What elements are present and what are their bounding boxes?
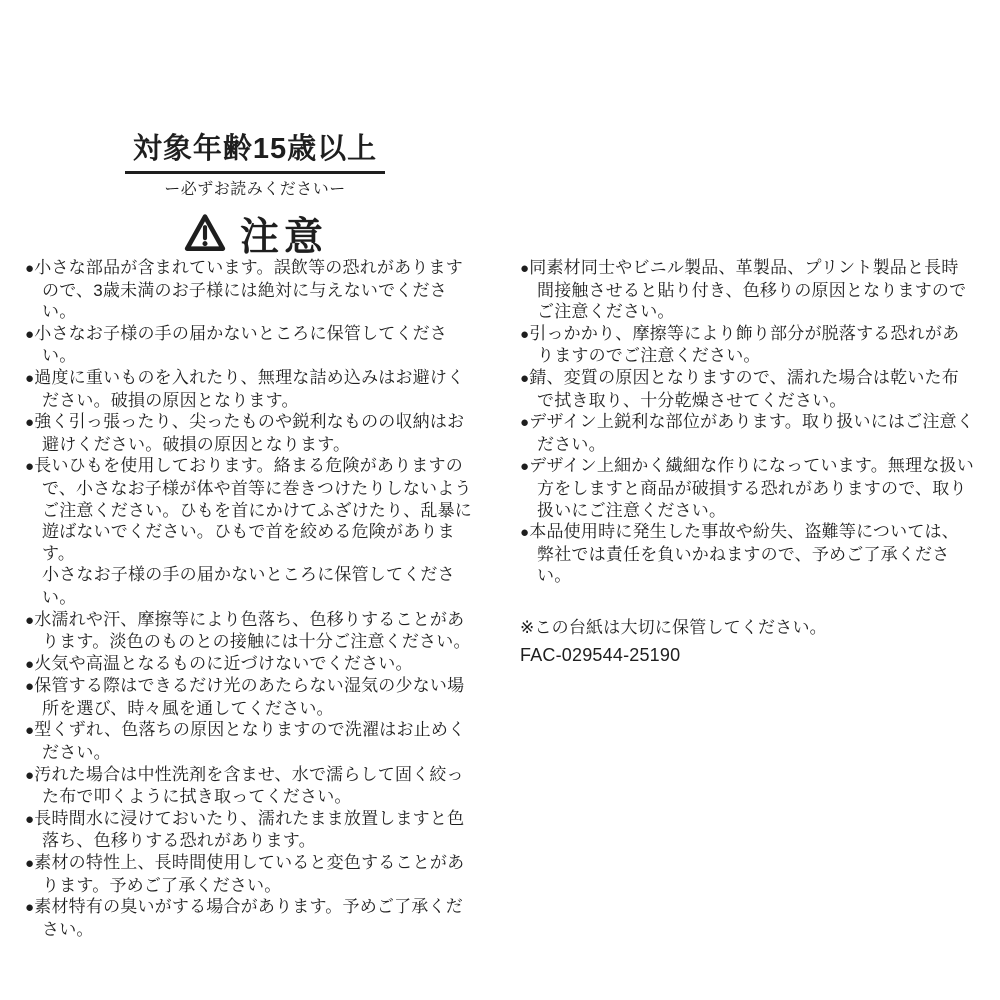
bullet-icon: ● [520,326,529,343]
bullet-icon: ● [25,855,34,872]
warning-text: 過度に重いものを入れたり、無理な詰め込みはお避けください。破損の原因となります。 [34,368,464,410]
header: 対象年齢15歳以上 ー必ずお読みくださいー 注意 [25,126,485,262]
warning-item: ●小さなお子様の手の届かないところに保管してください。 [25,323,480,367]
bullet-icon: ● [520,414,529,431]
warning-text: デザイン上鋭利な部位があります。取り扱いにはご注意ください。 [529,412,974,454]
warning-text: 火気や高温となるものに近づけないでください。 [34,654,412,673]
warning-item: ●保管する際はできるだけ光のあたらない湿気の少ない場所を選び、時々風を通してくだ… [25,675,480,719]
bullet-icon: ● [25,811,34,828]
bullet-icon: ● [25,458,34,475]
bullet-icon: ● [25,656,34,673]
warning-item: ●錆、変質の原因となりますので、濡れた場合は乾いた布で拭き取り、十分乾燥させてく… [520,367,975,411]
bullet-icon: ● [25,260,34,277]
warning-text: 型くずれ、色落ちの原因となりますので洗濯はお止めください。 [34,720,465,762]
warning-item: ●引っかかり、摩擦等により飾り部分が脱落する恐れがありますのでご注意ください。 [520,323,975,367]
warning-item: ●小さな部品が含まれています。誤飲等の恐れがありますので、3歳未満のお子様には絶… [25,257,480,323]
warning-text: 水濡れや汗、摩擦等により色落ち、色移りすることがあります。淡色のものとの接触には… [34,610,470,652]
warning-text: デザイン上細かく繊細な作りになっています。無理な扱い方をしますと商品が破損する恐… [529,456,974,519]
warning-item: ●汚れた場合は中性洗剤を含ませ、水で濡らして固く絞った布で叩くように拭き取ってく… [25,764,480,808]
warning-item: ●過度に重いものを入れたり、無理な詰め込みはお避けください。破損の原因となります… [25,367,480,411]
warning-text: 錆、変質の原因となりますので、濡れた場合は乾いた布で拭き取り、十分乾燥させてくだ… [529,368,959,410]
warnings-columns: ●小さな部品が含まれています。誤飲等の恐れがありますので、3歳未満のお子様には絶… [25,257,975,940]
bullet-icon: ● [25,414,34,431]
warning-item: ●デザイン上細かく繊細な作りになっています。無理な扱い方をしますと商品が破損する… [520,455,975,521]
warnings-column-right: ●同素材同士やビニル製品、革製品、プリント製品と長時間接触させると貼り付き、色移… [520,257,975,940]
warning-item: ●素材特有の臭いがする場合があります。予めご了承ください。 [25,896,480,940]
warning-text: 小さな部品が含まれています。誤飲等の恐れがありますので、3歳未満のお子様には絶対… [34,258,463,321]
keep-card-note: ※この台紙は大切に保管してください。 [520,615,975,641]
warning-text: 同素材同士やビニル製品、革製品、プリント製品と長時間接触させると貼り付き、色移り… [529,258,966,321]
warning-text: 引っかかり、摩擦等により飾り部分が脱落する恐れがありますのでご注意ください。 [529,324,959,366]
warning-item: ●本品使用時に発生した事故や紛失、盗難等については、弊社では責任を負いかねますの… [520,521,975,587]
warning-text: 小さなお子様の手の届かないところに保管してください。 [42,565,455,607]
bullet-icon: ● [520,260,529,277]
warning-item: 小さなお子様の手の届かないところに保管してください。 [25,564,480,608]
warning-text: 汚れた場合は中性洗剤を含ませ、水で濡らして固く絞った布で叩くように拭き取ってくだ… [34,765,464,807]
warning-text: 長いひもを使用しております。絡まる危険がありますので、小さなお子様が体や首等に巻… [34,456,472,562]
warning-item: ●素材の特性上、長時間使用していると変色することがあります。予めご了承ください。 [25,852,480,896]
warning-item: ●型くずれ、色落ちの原因となりますので洗濯はお止めください。 [25,719,480,763]
warning-text: 素材特有の臭いがする場合があります。予めご了承ください。 [34,897,463,939]
bullet-icon: ● [520,458,529,475]
warning-item: ●同素材同士やビニル製品、革製品、プリント製品と長時間接触させると貼り付き、色移… [520,257,975,323]
warnings-list-right: ●同素材同士やビニル製品、革製品、プリント製品と長時間接触させると貼り付き、色移… [520,257,975,587]
warnings-column-left: ●小さな部品が含まれています。誤飲等の恐れがありますので、3歳未満のお子様には絶… [25,257,480,940]
warning-item: ●長時間水に浸けておいたり、濡れたまま放置しますと色落ち、色移りする恐れがありま… [25,808,480,852]
care-instructions-card: 対象年齢15歳以上 ー必ずお読みくださいー 注意 ●小さな部品が含まれています。… [0,0,1000,1000]
bullet-icon: ● [25,370,34,387]
bullet-icon: ● [25,678,34,695]
warning-text: 長時間水に浸けておいたり、濡れたまま放置しますと色落ち、色移りする恐れがあります… [34,809,464,851]
bullet-icon: ● [25,722,34,739]
page-subtitle: ー必ずお読みくださいー [25,176,485,199]
footer: ※この台紙は大切に保管してください。 FAC-029544-25190 [520,615,975,669]
product-code: FAC-029544-25190 [520,641,975,669]
warning-item: ●長いひもを使用しております。絡まる危険がありますので、小さなお子様が体や首等に… [25,455,480,564]
warning-item: ●強く引っ張ったり、尖ったものや鋭利なものの収納はお避けください。破損の原因とな… [25,411,480,455]
warning-text: 本品使用時に発生した事故や紛失、盗難等については、弊社では責任を負いかねますので… [529,522,959,585]
warning-text: 強く引っ張ったり、尖ったものや鋭利なものの収納はお避けください。破損の原因となり… [34,412,464,454]
warning-text: 素材の特性上、長時間使用していると変色することがあります。予めご了承ください。 [34,853,464,895]
warning-triangle-icon [182,212,228,256]
bullet-icon: ● [25,326,34,343]
warning-item: ●デザイン上鋭利な部位があります。取り扱いにはご注意ください。 [520,411,975,455]
page-title: 対象年齢15歳以上 [125,126,385,174]
warning-item: ●水濡れや汗、摩擦等により色落ち、色移りすることがあります。淡色のものとの接触に… [25,609,480,653]
bullet-icon: ● [25,612,34,629]
warning-text: 小さなお子様の手の届かないところに保管してください。 [34,324,447,366]
bullet-icon: ● [520,524,529,541]
bullet-icon: ● [520,370,529,387]
caution-label: 注意 [240,206,328,262]
warning-text: 保管する際はできるだけ光のあたらない湿気の少ない場所を選び、時々風を通してくださ… [34,676,464,718]
bullet-icon: ● [25,899,34,916]
caution-heading: 注意 [25,206,485,262]
bullet-icon: ● [25,767,34,784]
warning-item: ●火気や高温となるものに近づけないでください。 [25,653,480,676]
